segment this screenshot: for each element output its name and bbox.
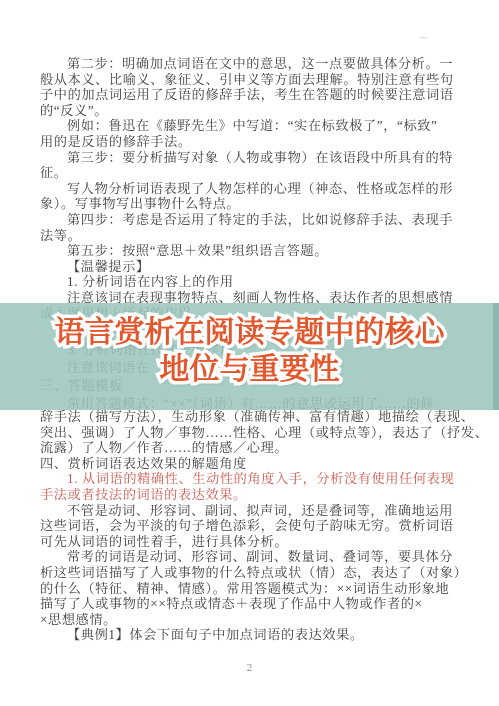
document-line: 手法或者技法的词语的表达效果。: [40, 487, 475, 503]
overlay-title: 语言赏析在阅读专题中的核心 地位与重要性 语言赏析在阅读专题中的核心 地位与重要…: [0, 314, 499, 390]
document-line: 析这些词语描写了人或事物的什么特点或状（情）态，表达了（对象）: [40, 565, 475, 581]
document-line: 1. 分析词语在内容上的作用: [40, 274, 475, 290]
page-number: 2: [0, 662, 499, 674]
document-line: 例如：鲁迅在《藤野先生》中写道：“实在标致极了”，“标致”: [40, 118, 475, 134]
document-line: 可先从词语的词性着手，进行具体分析。: [40, 534, 475, 550]
document-line: 流露）了人物／作者……的情感／心理。: [40, 440, 475, 456]
document-line: 的什么（特征、精神、情感）。常用答题模式为：××词语生动形象地: [40, 581, 475, 597]
document-line: 这些词语，会为平淡的句子增色添彩，会使句子韵味无穷。赏析词语: [40, 518, 475, 534]
overlay-title-line1: 语言赏析在阅读专题中的核心: [0, 314, 499, 351]
document-line: 【温馨提示】: [40, 259, 475, 275]
document-line: 第五步：按照“意思＋效果”组织语言答题。: [40, 243, 475, 259]
document-line: 1. 从词语的精确性、生动性的角度入手，分析没有使用任何表现: [40, 471, 475, 487]
document-line: ×思想感情。: [40, 612, 475, 628]
document-line: 【典例1】体会下面句子中加点词语的表达效果。: [40, 627, 475, 643]
overlay-title-line2: 地位与重要性: [0, 351, 499, 388]
document-line: 四、赏析词语表达效果的解题角度: [40, 456, 475, 472]
document-line: 描写了人或事物的××特点或情态＋表现了作品中人物或作者的×: [40, 596, 475, 612]
document-line: 征。: [40, 165, 475, 181]
overlay-title-text: 语言赏析在阅读专题中的核心 地位与重要性: [0, 314, 499, 388]
document-line: 第三步：要分析描写对象（人物或事物）在该语段中所具有的特: [40, 150, 475, 166]
document-text-upper: 第二步：明确加点词语在文中的意思，这一点要做具体分析。一般从本义、比喻义、象征义…: [40, 56, 475, 306]
document-line: 不管是动词、形容词、副词、拟声词，还是叠词等，准确地运用: [40, 503, 475, 519]
document-line: 用的是反语的修辞手法。: [40, 134, 475, 150]
document-line: 法等。: [40, 228, 475, 244]
document-line: 第四步：考虑是否运用了特定的手法，比如说修辞手法、表现手: [40, 212, 475, 228]
document-line: 的“反义”。: [40, 103, 475, 119]
document-line: 写人物分析词语表现了人物怎样的心理（神态、性格或怎样的形: [40, 181, 475, 197]
document-line: 象）。写事物写出事物什么特点。: [40, 196, 475, 212]
document-line: 般从本义、比喻义、象征义、引申义等方面去理解。特别注意有些句: [40, 72, 475, 88]
corner-smudge-mark: 〜: [417, 29, 429, 46]
document-line: 突出、强调）了人物／事物……性格、心理（或特点等），表达了（抒发、: [40, 425, 475, 441]
document-line: 子中的加点词运用了反语的修辞手法，考生在答题的时候要注意词语: [40, 87, 475, 103]
document-line: 第二步：明确加点词语在文中的意思，这一点要做具体分析。一: [40, 56, 475, 72]
document-line: 常考的词语是动词、形容词、副词、数量词、叠词等，要具体分: [40, 549, 475, 565]
document-text-lower: 辞手法（描写方法），生动形象（准确传神、富有情趣）地描绘（表现、突出、强调）了人…: [40, 409, 475, 643]
